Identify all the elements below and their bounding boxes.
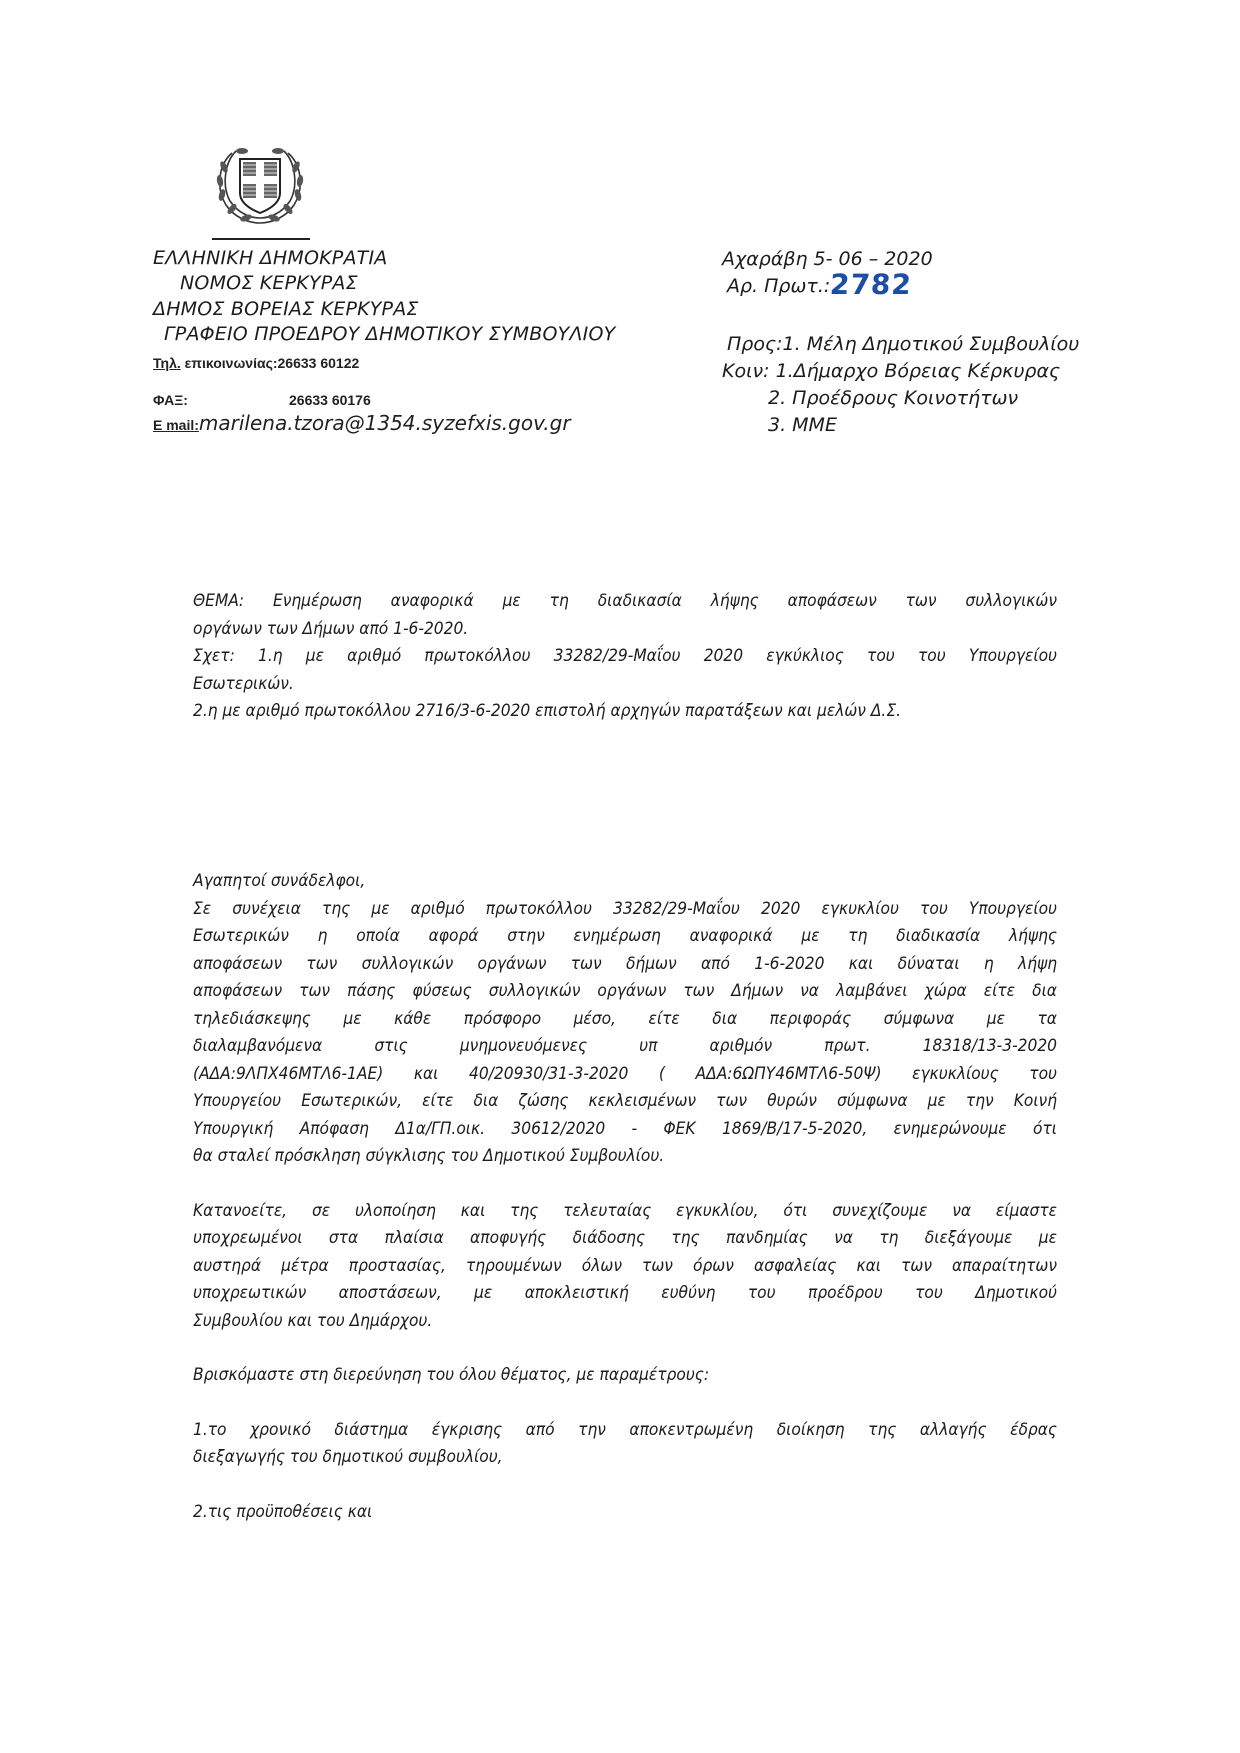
letterhead-country: ΕΛΛΗΝΙΚΗ ΔΗΜΟΚΡΑΤΙΑ [153, 247, 387, 269]
body-line: αποφάσεων των πάσης φύσεως συλλογικών ορ… [193, 978, 1057, 1006]
body-line: αυστηρά μέτρα προστασίας, τηρουμένων όλω… [193, 1253, 1057, 1281]
recipient-to: Προς:1. Μέλη Δημοτικού Συμβουλίου [727, 333, 1079, 355]
recipient-cc-2: 2. Προέδρους Κοινοτήτων [768, 387, 1018, 409]
body-line: Υπουργική Απόφαση Δ1α/ΓΠ.οικ. 30612/2020… [193, 1116, 1057, 1144]
recipient-cc-3: 3. ΜΜΕ [768, 414, 837, 436]
email-line: E mail:marilena.tzora@1354.syzefxis.gov.… [153, 411, 571, 435]
reference-line: Εσωτερικών. [193, 671, 1057, 699]
subject-line: οργάνων των Δήμων από 1-6-2020. [193, 616, 1057, 644]
letterhead-office: ΓΡΑΦΕΙΟ ΠΡΟΕΔΡΟΥ ΔΗΜΟΤΙΚΟΥ ΣΥΜΒΟΥΛΙΟΥ [164, 323, 615, 345]
phone-label: Τηλ. [153, 355, 181, 371]
letterhead-prefecture: ΝΟΜΟΣ ΚΕΡΚΥΡΑΣ [180, 272, 358, 294]
body-line: τηλεδιάσκεψης με κάθε πρόσφορο μέσο, είτ… [193, 1006, 1057, 1034]
emblem-divider [212, 238, 310, 240]
body-line: 1.το χρονικό διάστημα έγκρισης από την α… [193, 1417, 1057, 1445]
body-line: (ΑΔΑ:9ΛΠΧ46ΜΤΛ6-1ΑΕ) και 40/20930/31-3-2… [193, 1061, 1057, 1089]
body-line: Σε συνέχεια της με αριθμό πρωτοκόλλου 33… [193, 896, 1057, 924]
subject-block: ΘΕΜΑ: Ενημέρωση αναφορικά με τη διαδικασ… [193, 588, 1057, 726]
paragraph-2: Κατανοείτε, σε υλοποίηση και της τελευτα… [193, 1198, 1057, 1336]
list-item-1: 1.το χρονικό διάστημα έγκρισης από την α… [193, 1417, 1057, 1472]
place-date: Αχαράβη 5- 06 – 2020 [722, 248, 933, 270]
body-line: Κατανοείτε, σε υλοποίηση και της τελευτα… [193, 1198, 1057, 1226]
reference-line: 2.η με αριθμό πρωτοκόλλου 2716/3-6-2020 … [193, 698, 1057, 726]
subject-line: ΘΕΜΑ: Ενημέρωση αναφορικά με τη διαδικασ… [193, 588, 1057, 616]
letter-body: Αγαπητοί συνάδελφοι, Σε συνέχεια της με … [193, 868, 1057, 1526]
email-value[interactable]: marilena.tzora@1354.syzefxis.gov.gr [199, 411, 571, 435]
body-line: διεξαγωγής του δημοτικού συμβουλίου, [193, 1444, 1057, 1472]
greek-coat-of-arms-icon [212, 143, 308, 225]
body-line: διαλαμβανόμενα στις μνημονευόμενες υπ αρ… [193, 1033, 1057, 1061]
paragraph-1: Σε συνέχεια της με αριθμό πρωτοκόλλου 33… [193, 896, 1057, 1171]
protocol-label: Αρ. Πρωτ.: [727, 275, 830, 297]
body-line: Υπουργείου Εσωτερικών, είτε δια ζώσης κε… [193, 1088, 1057, 1116]
body-line: θα σταλεί πρόσκληση σύγκλισης του Δημοτι… [193, 1143, 1057, 1171]
fax-label: ΦΑΞ: [153, 392, 188, 408]
recipient-cc-1: Κοιν: 1.Δήμαρχο Βόρειας Κέρκυρας [722, 360, 1060, 382]
greeting: Αγαπητοί συνάδελφοι, [193, 868, 1057, 896]
reference-line: Σχετ: 1.η με αριθμό πρωτοκόλλου 33282/29… [193, 643, 1057, 671]
list-item-2: 2.τις προϋποθέσεις και [193, 1499, 1057, 1527]
letterhead-municipality: ΔΗΜΟΣ ΒΟΡΕΙΑΣ ΚΕΡΚΥΡΑΣ [153, 298, 419, 320]
phone-value: επικοινωνίας:26633 60122 [181, 355, 360, 371]
protocol-number: 2782 [829, 268, 913, 301]
email-label: E mail: [153, 417, 199, 433]
fax-value: 26633 60176 [289, 392, 371, 408]
body-line: υποχρεωμένοι στα πλαίσια αποφυγής διάδοσ… [193, 1225, 1057, 1253]
paragraph-3: Βρισκόμαστε στη διερεύνηση του όλου θέμα… [193, 1362, 1057, 1390]
body-line: υποχρεωτικών αποστάσεων, με αποκλειστική… [193, 1280, 1057, 1308]
body-line: αποφάσεων των συλλογικών οργάνων των δήμ… [193, 951, 1057, 979]
document-page: ΕΛΛΗΝΙΚΗ ΔΗΜΟΚΡΑΤΙΑ ΝΟΜΟΣ ΚΕΡΚΥΡΑΣ ΔΗΜΟΣ… [0, 0, 1240, 1753]
body-line: Συμβουλίου και του Δημάρχου. [193, 1308, 1057, 1336]
phone-line: Τηλ. επικοινωνίας:26633 60122 [153, 355, 359, 371]
body-line: Εσωτερικών η οποία αφορά στην ενημέρωση … [193, 923, 1057, 951]
